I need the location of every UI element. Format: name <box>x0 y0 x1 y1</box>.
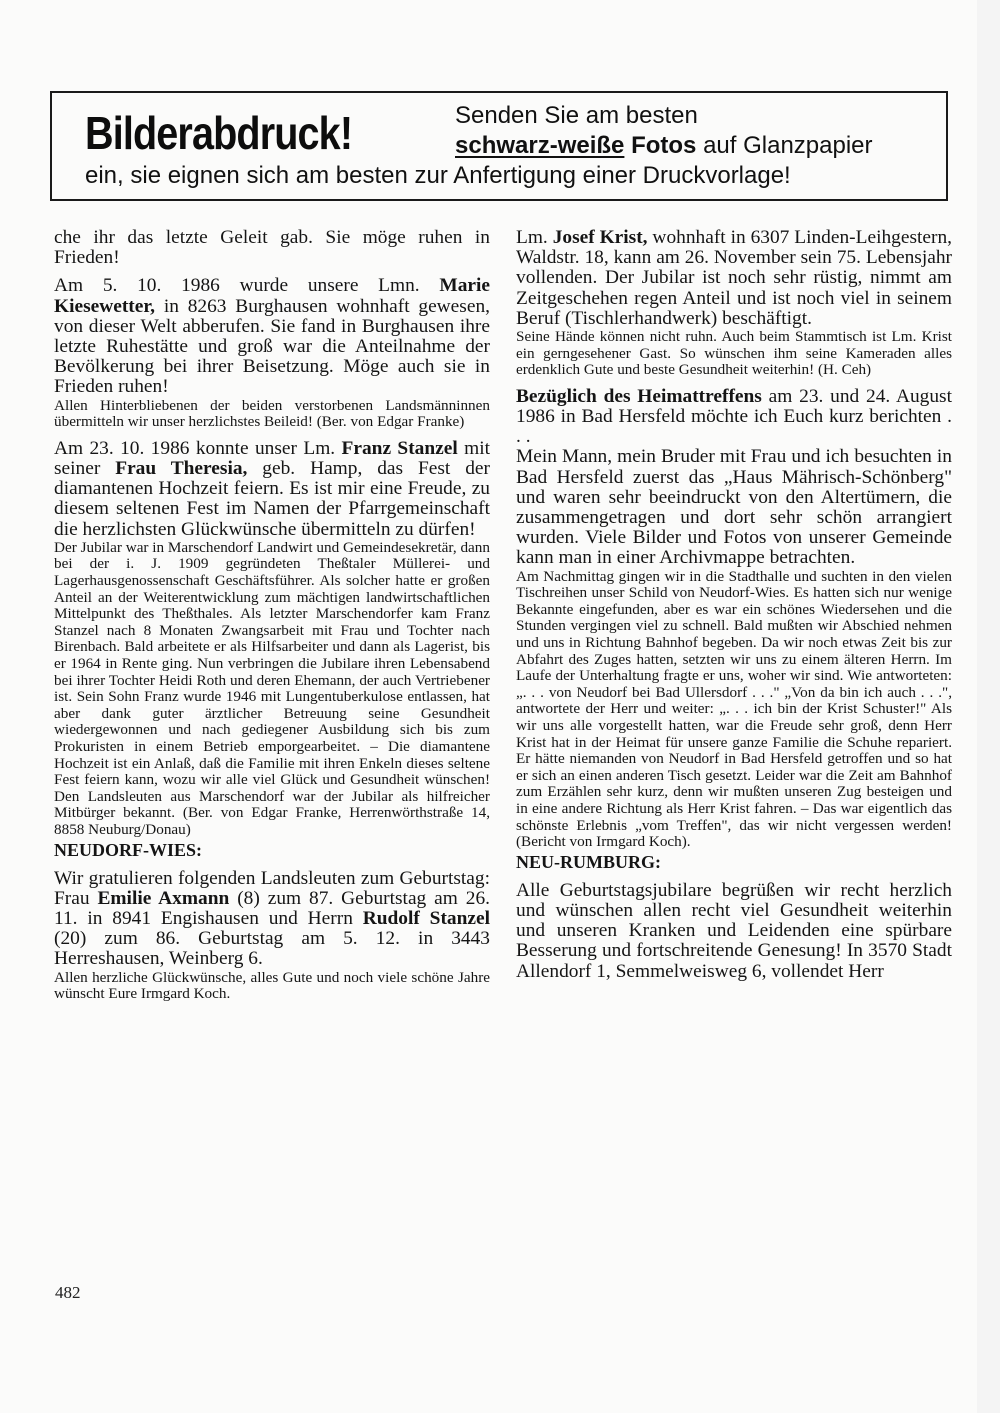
name-frau-theresia: Frau Theresia, <box>115 458 247 479</box>
paragraph-koch-greetings: Allen herzliche Glückwünsche, alles Gute… <box>54 970 490 1003</box>
name-emilie-axmann: Emilie Axmann <box>97 888 229 909</box>
paragraph-stanzel-anniversary: Am 23. 10. 1986 konnte unser Lm. Franz S… <box>54 439 490 540</box>
paragraph-josef-krist: Lm. Josef Krist, wohnhaft in 6307 Linden… <box>516 228 952 329</box>
text: Am 23. 10. 1986 konnte unser Lm. <box>54 438 342 459</box>
bold-heimattreffen: Bezüglich des Heimattreffens <box>516 386 762 407</box>
paragraph-jubilar-biography: Der Jubilar war in Marschendorf Landwirt… <box>54 540 490 839</box>
notice-line-3: ein, sie eignen sich am besten zur Anfer… <box>85 161 791 191</box>
name-rudolf-stanzel: Rudolf Stanzel <box>363 908 490 929</box>
notice-title: Bilderabdruck! <box>85 105 352 161</box>
notice-bold-text: Fotos <box>624 132 696 159</box>
paragraph-birthday-wishes: Wir gratulieren folgenden Landsleuten zu… <box>54 869 490 970</box>
text: Am 5. 10. 1986 wurde unsere Lmn. <box>54 275 439 296</box>
left-column: che ihr das letzte Geleit gab. Sie möge … <box>54 228 490 1003</box>
notice-line-2-rest: auf Glanzpapier <box>696 132 872 159</box>
name-josef-krist: Josef Krist, <box>553 227 648 248</box>
photo-print-notice-box: Bilderabdruck! Senden Sie am besten schw… <box>50 91 948 201</box>
notice-underlined-text: schwarz-weiße <box>455 132 624 159</box>
page-number: 482 <box>55 1283 81 1303</box>
text: Lm. <box>516 227 553 248</box>
document-page: Bilderabdruck! Senden Sie am besten schw… <box>0 0 977 1413</box>
section-heading-neu-rumburg: NEU-RUMBURG: <box>516 851 952 873</box>
section-heading-neudorf-wies: NEUDORF-WIES: <box>54 839 490 861</box>
right-column: Lm. Josef Krist, wohnhaft in 6307 Linden… <box>516 228 952 982</box>
paragraph-krist-stammtisch: Seine Hände können nicht ruhn. Auch beim… <box>516 329 952 379</box>
notice-line-1: Senden Sie am besten <box>455 101 698 131</box>
name-franz-stanzel: Franz Stanzel <box>342 438 458 459</box>
paragraph-heimattreffen-intro: Bezüglich des Heimattreffens am 23. und … <box>516 387 952 448</box>
paragraph-bad-hersfeld-visit: Mein Mann, mein Bruder mit Frau und ich … <box>516 447 952 568</box>
paragraph-neu-rumburg-greetings: Alle Geburtstagsjubilare begrüßen wir re… <box>516 881 952 982</box>
paragraph-kiesewetter: Am 5. 10. 1986 wurde unsere Lmn. Marie K… <box>54 276 490 397</box>
notice-line-2: schwarz-weiße Fotos auf Glanzpapier <box>455 131 873 161</box>
page-edge-margin <box>977 0 1000 1413</box>
paragraph-funeral-end: che ihr das letzte Geleit gab. Sie möge … <box>54 228 490 268</box>
paragraph-stadthalle-story: Am Nachmittag gingen wir in die Stadthal… <box>516 569 952 851</box>
text: (20) zum 86. Geburtstag am 5. 12. in 344… <box>54 928 490 969</box>
paragraph-condolences: Allen Hinterbliebenen der beiden verstor… <box>54 398 490 431</box>
